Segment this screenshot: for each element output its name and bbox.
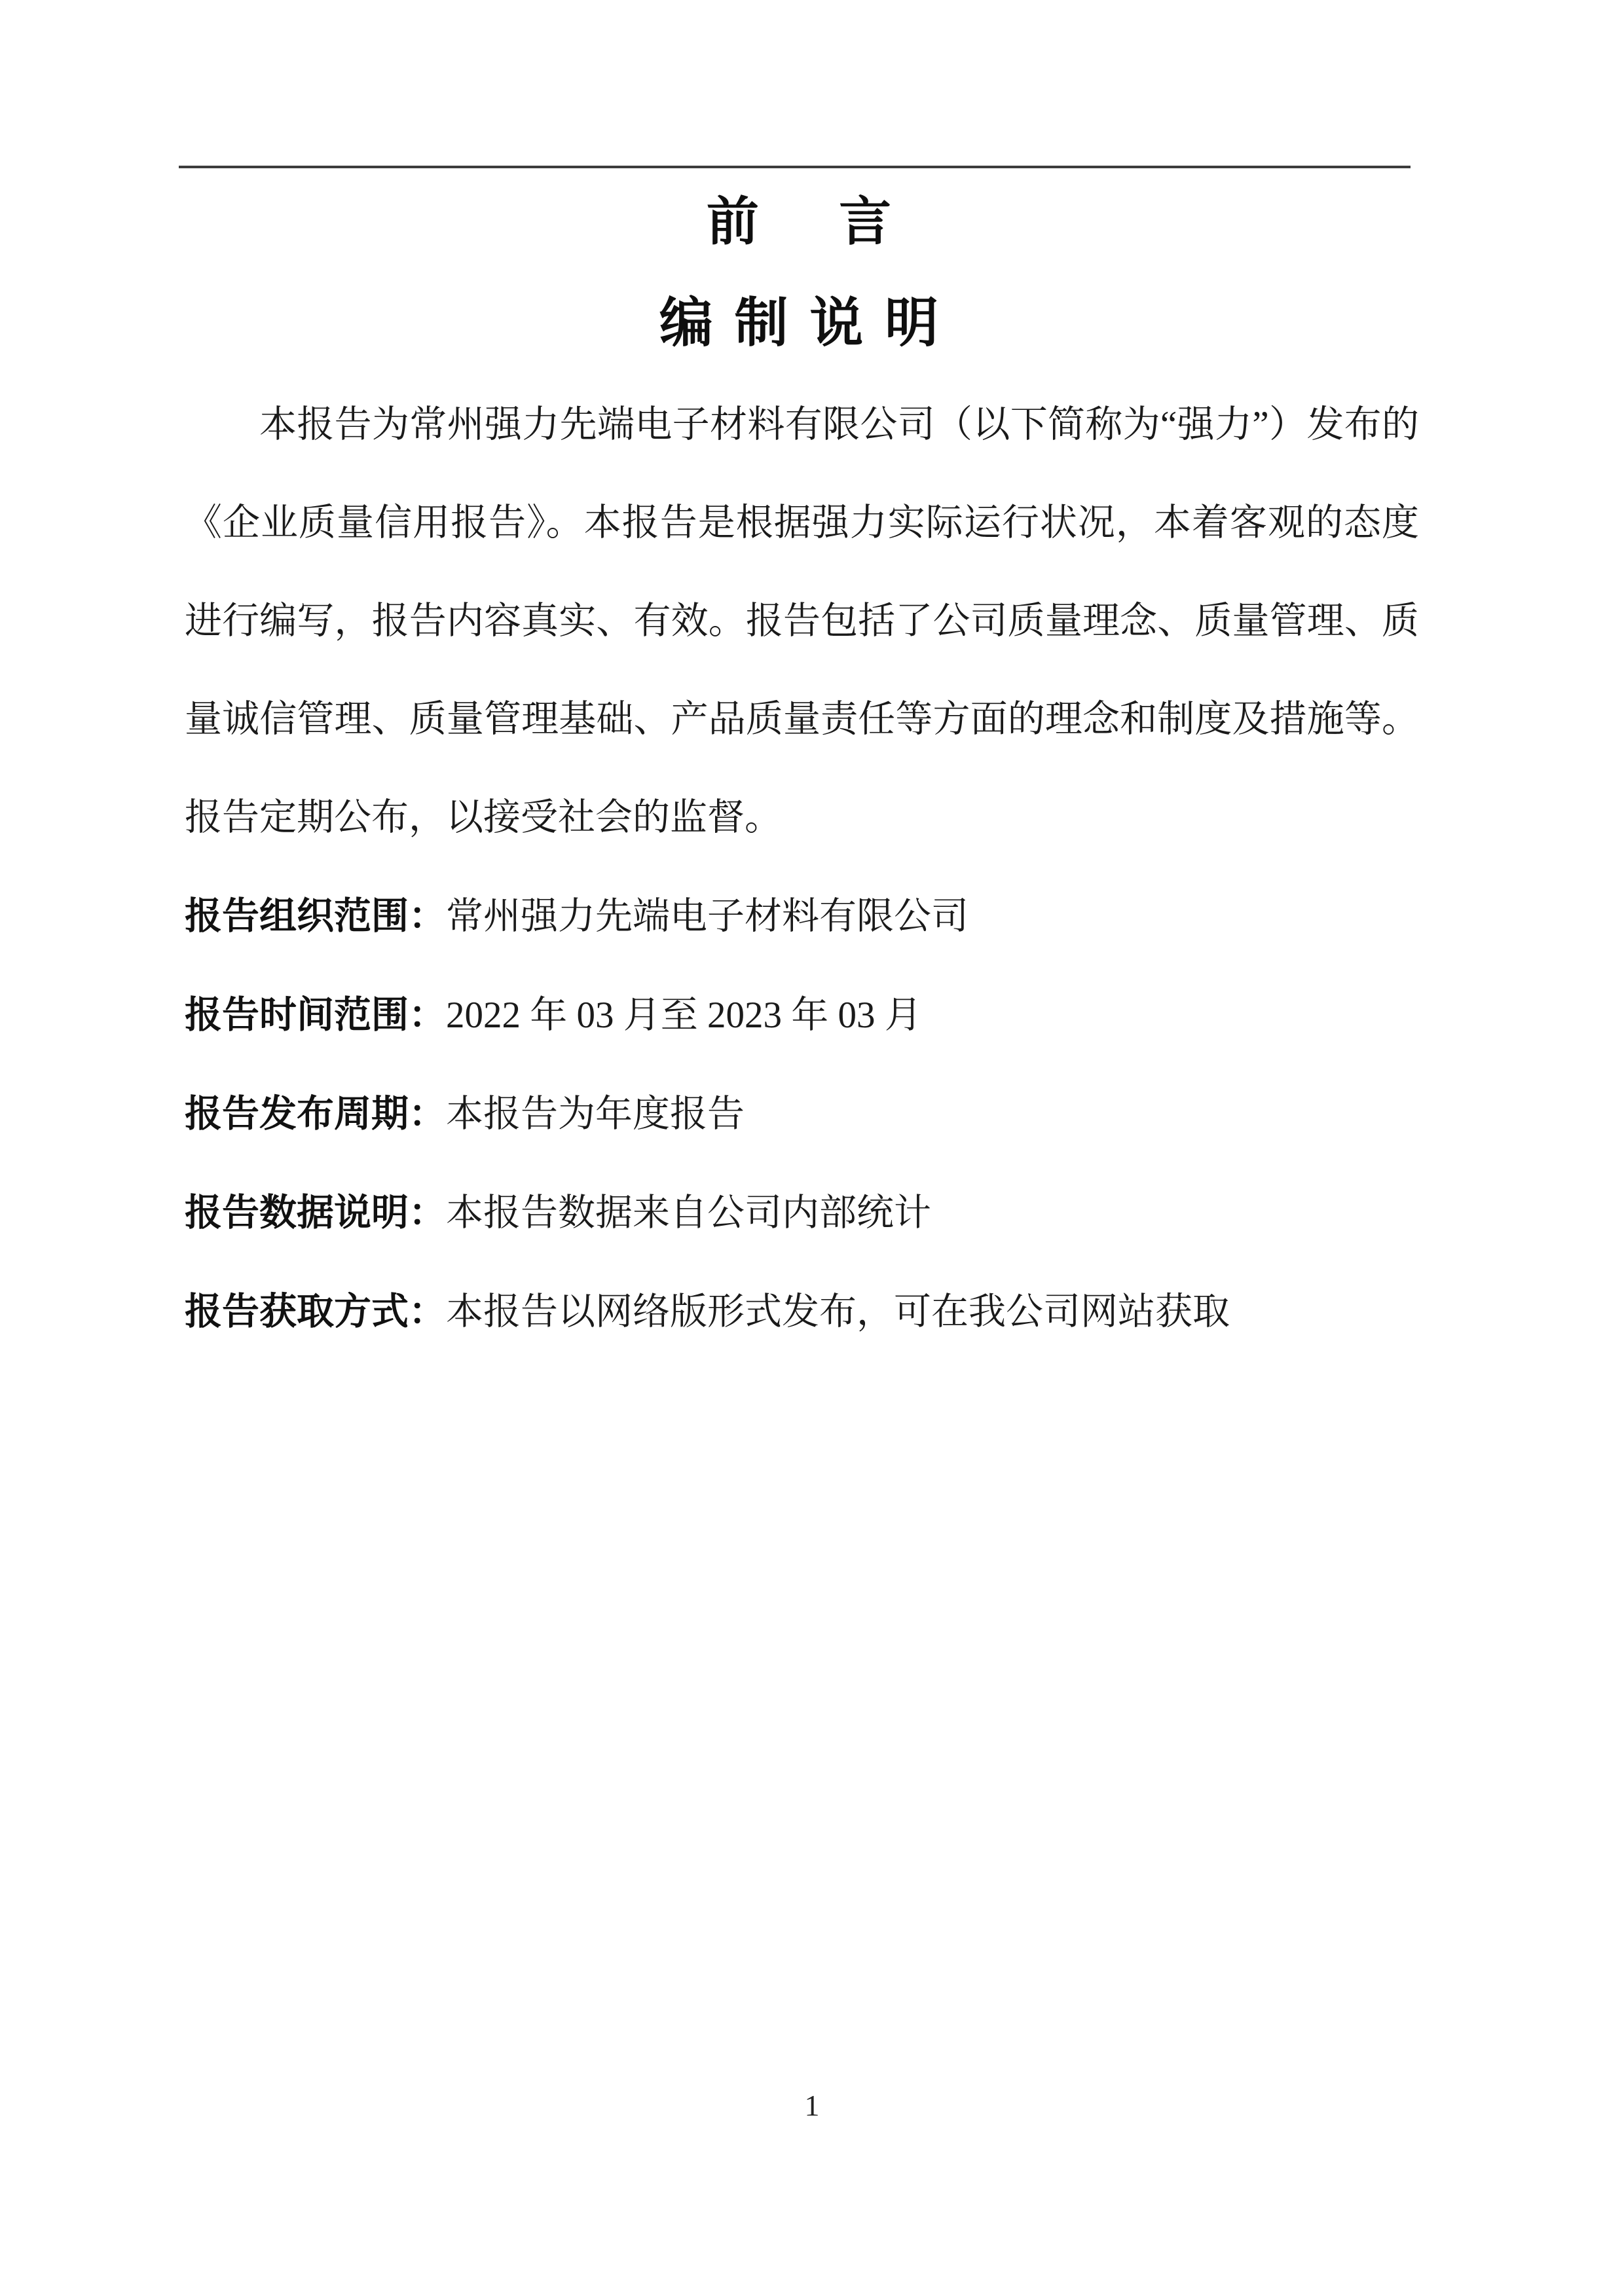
report-scope-label: 报告组织范围： [185,895,446,937]
data-source-label: 报告数据说明： [185,1192,446,1234]
report-period-value: 2022 年 03 月至 2023 年 03 月 [446,995,922,1036]
preface-title: 前 言 [183,186,1414,258]
access-method-value: 本报告以网络版形式发布，可在我公司网站获取 [446,1291,1230,1332]
release-cycle-label: 报告发布周期： [185,1093,446,1135]
meta-item-data-source: 报告数据说明：本报告数据来自公司内部统计 [185,1164,1419,1262]
meta-item-release-cycle: 报告发布周期：本报告为年度报告 [185,1065,1419,1164]
meta-item-report-period: 报告时间范围：2022 年 03 月至 2023 年 03 月 [185,966,1419,1065]
intro-paragraph: 本报告为常州强力先端电子材料有限公司（以下简称为“强力”）发布的《企业质量信用报… [185,376,1419,867]
report-scope-value: 常州强力先端电子材料有限公司 [446,896,969,937]
report-period-label: 报告时间范围： [185,994,446,1036]
meta-item-access-method: 报告获取方式：本报告以网络版形式发布，可在我公司网站获取 [185,1262,1419,1361]
document-page: 前 言 编 制 说 明 本报告为常州强力先端电子材料有限公司（以下简称为“强力”… [0,0,1624,2295]
body-text-block: 本报告为常州强力先端电子材料有限公司（以下简称为“强力”）发布的《企业质量信用报… [185,376,1419,1361]
release-cycle-value: 本报告为年度报告 [446,1093,745,1135]
access-method-label: 报告获取方式： [185,1291,446,1332]
data-source-value: 本报告数据来自公司内部统计 [446,1192,931,1234]
meta-item-report-scope: 报告组织范围：常州强力先端电子材料有限公司 [185,867,1419,966]
header-rule [179,166,1411,168]
compilation-notes-title: 编 制 说 明 [183,287,1414,360]
page-number: 1 [0,2089,1624,2123]
